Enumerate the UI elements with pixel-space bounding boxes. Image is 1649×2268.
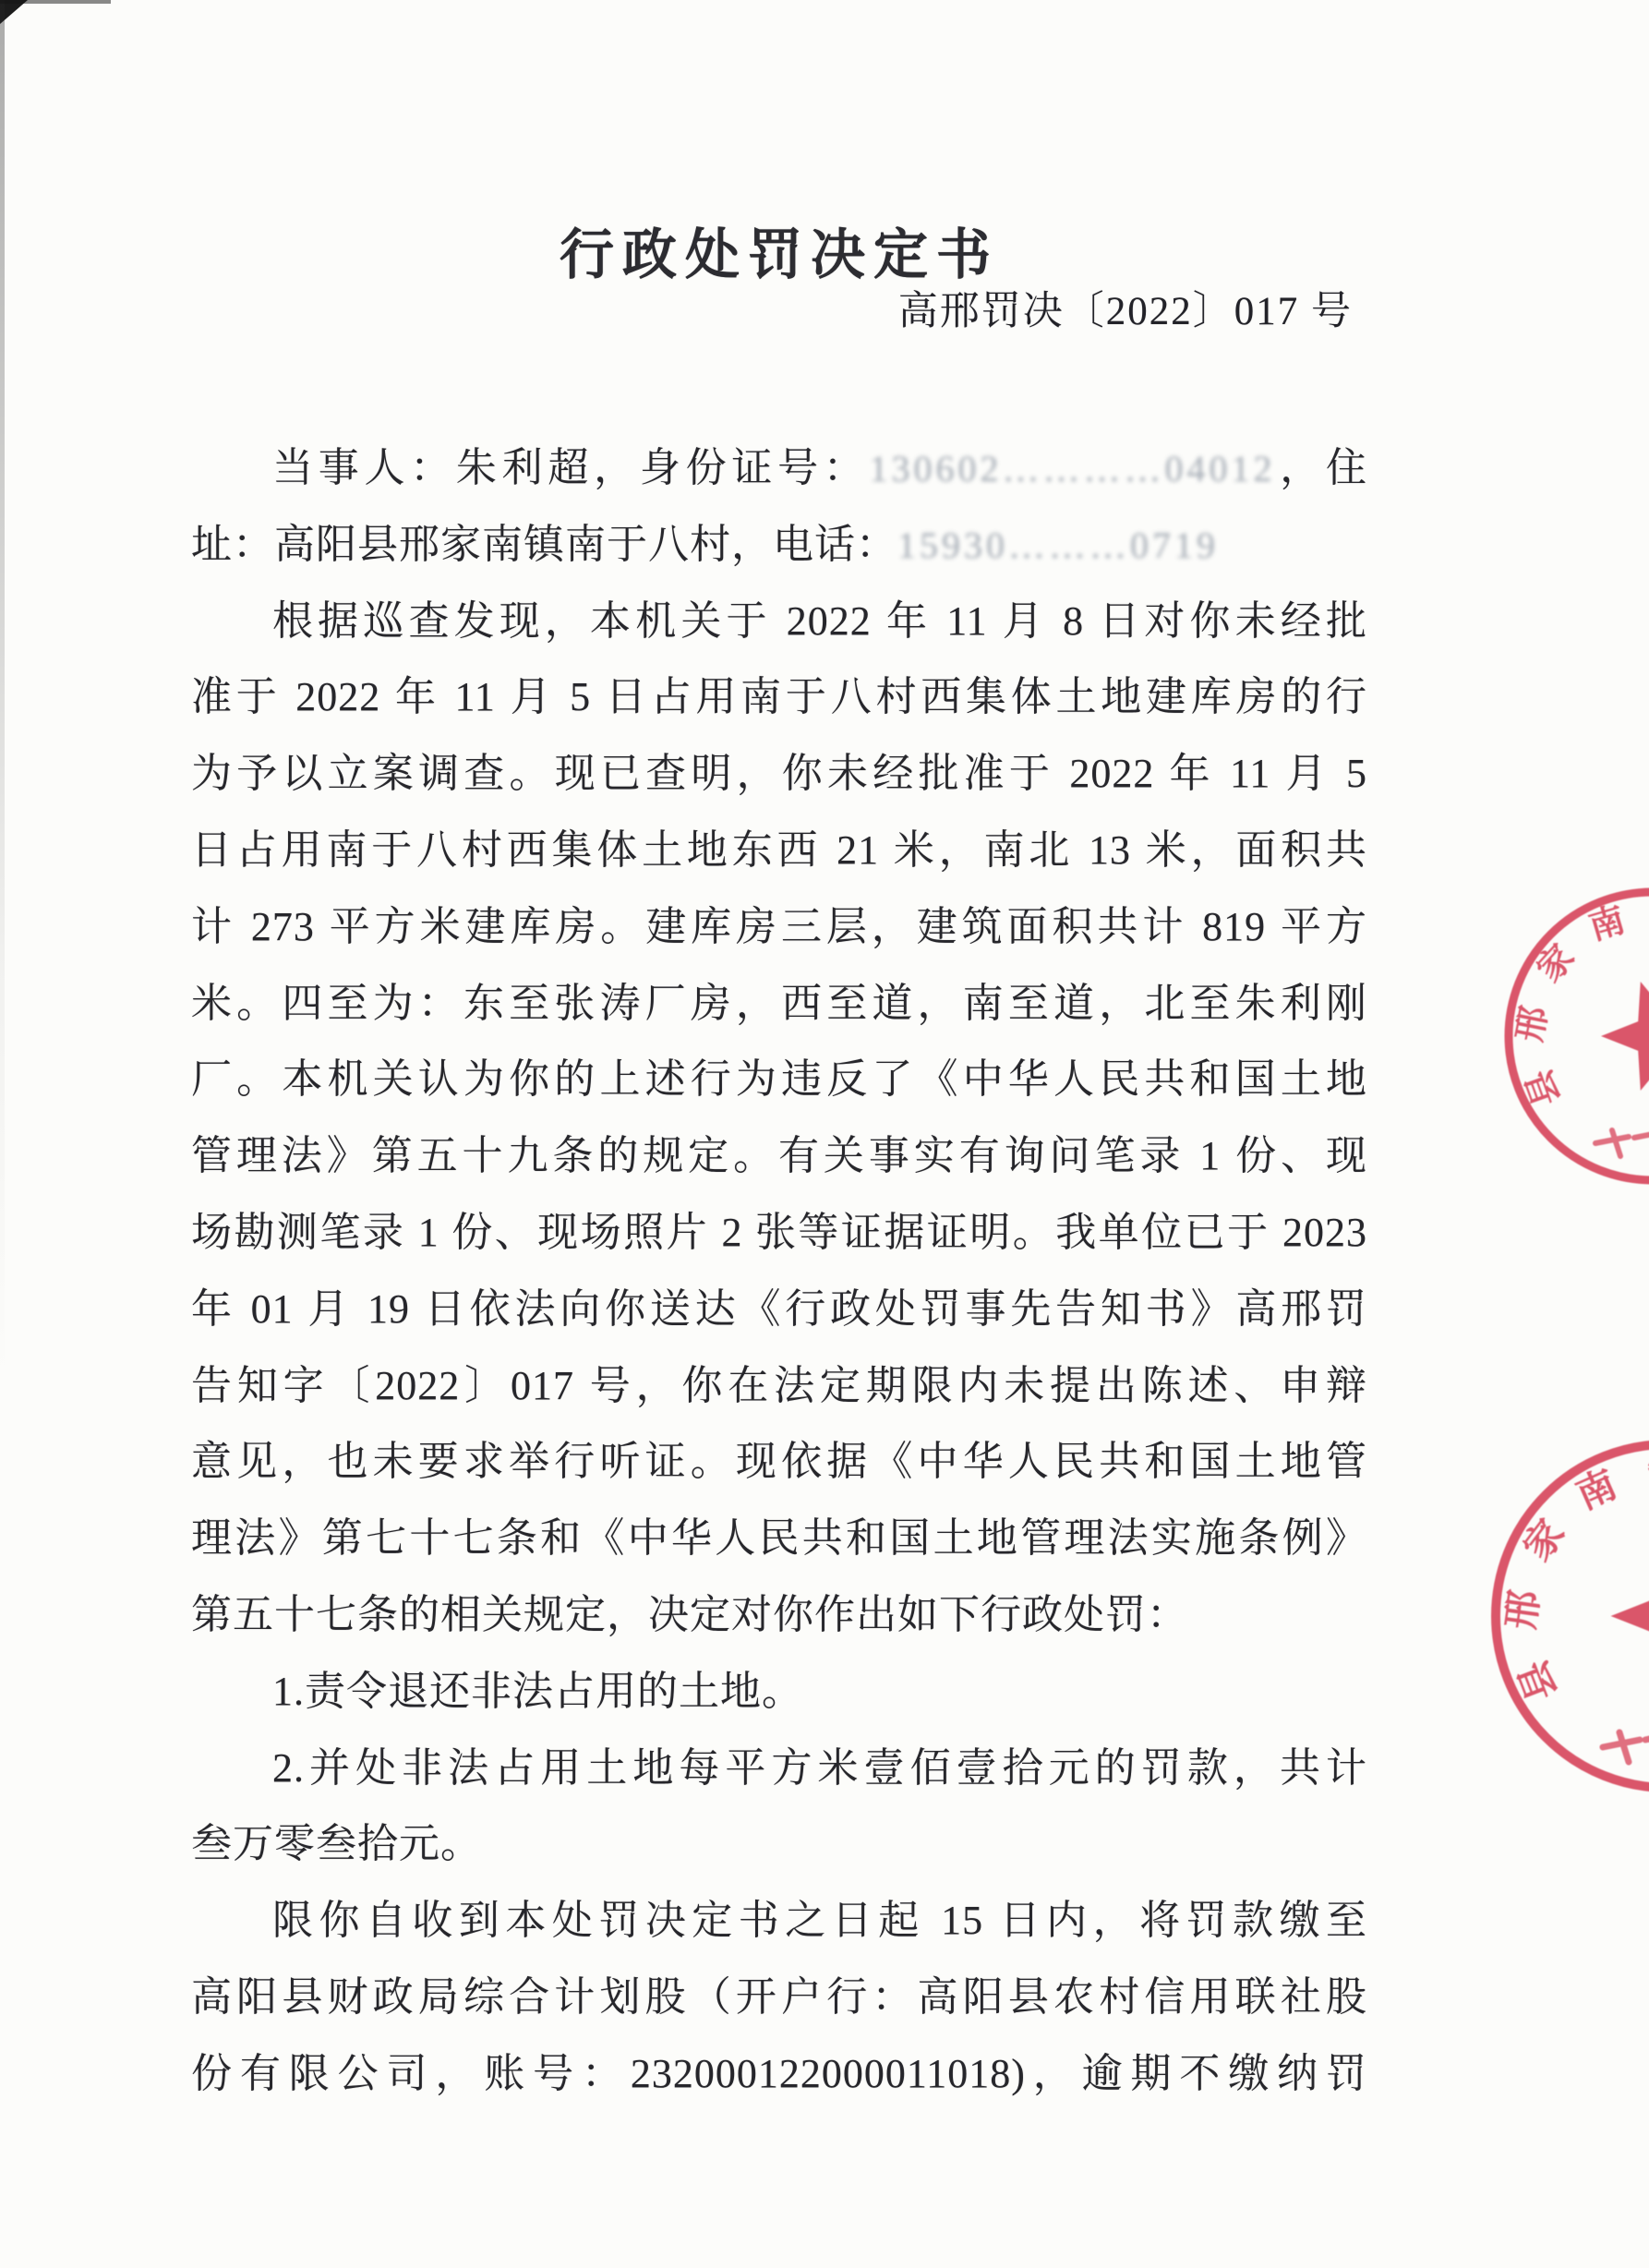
body-line: 准于 2022 年 11 月 5 日占用南于八村西集体土地建库房的行 bbox=[191, 659, 1367, 736]
party-line: 当事人：朱利超，身份证号：130602…………04012，住 bbox=[191, 430, 1367, 507]
seal-bottom-fragment bbox=[1603, 1732, 1649, 1762]
body-line: 限你自收到本处罚决定书之日起 15 日内，将罚款缴至 bbox=[191, 1883, 1367, 1960]
document-title: 行政处罚决定书 bbox=[191, 211, 1367, 289]
scan-top-artifact bbox=[0, 0, 111, 4]
body-line: 米。四至为：东至张涛厂房，西至道，南至道，北至朱利刚 bbox=[191, 966, 1367, 1043]
body-line: 告知字〔2022〕017 号，你在法定期限内未提出陈述、申辩 bbox=[191, 1348, 1367, 1425]
svg-text:县邢家南镇: 县邢家南镇 bbox=[1511, 894, 1649, 1111]
address-prefix: 址：高阳县邢家南镇南于八村，电话： bbox=[191, 522, 897, 567]
body-line: 场勘测笔录 1 份、现场照片 2 张等证据证明。我单位已于 2023 bbox=[191, 1195, 1367, 1272]
body-line: 日占用南于八村西集体土地东西 21 米，南北 13 米，面积共 bbox=[191, 813, 1367, 889]
body-line: 年 01 月 19 日依法向你送达《行政处罚事先告知书》高邢罚 bbox=[191, 1272, 1367, 1348]
body-line: 叁万零叁拾元。 bbox=[191, 1806, 1367, 1883]
official-seal-upper: 县邢家南镇 bbox=[1487, 870, 1649, 1202]
svg-text:县邢家南镇人: 县邢家南镇人 bbox=[1500, 1448, 1649, 1706]
penalty-item-2: 2.并处非法占用土地每平方米壹佰壹拾元的罚款，共计 bbox=[191, 1731, 1367, 1807]
official-seal-lower: 县邢家南镇人 bbox=[1474, 1422, 1649, 1810]
redacted-phone-number: 15930………0719 bbox=[897, 525, 1219, 566]
body-line: 高阳县财政局综合计划股（开户行：高阳县农村信用联社股 bbox=[191, 1960, 1367, 2036]
body-line: 根据巡查发现，本机关于 2022 年 11 月 8 日对你未经批 bbox=[191, 584, 1367, 660]
star-icon bbox=[1611, 1555, 1649, 1677]
body-line: 理法》第七十七条和《中华人民共和国土地管理法实施条例》 bbox=[191, 1501, 1367, 1577]
party-suffix: ，住 bbox=[1276, 445, 1367, 490]
party-prefix: 当事人：朱利超，身份证号： bbox=[272, 445, 870, 490]
document-number: 高邢罚决〔2022〕017 号 bbox=[191, 280, 1353, 336]
seal-arc-text: 县邢家南镇 bbox=[1511, 894, 1649, 1111]
scan-edge-shadow bbox=[0, 0, 5, 1385]
seal-arc-text: 县邢家南镇人 bbox=[1500, 1448, 1649, 1706]
body-line: 第五十七条的相关规定，决定对你作出如下行政处罚： bbox=[191, 1577, 1367, 1654]
body-line: 为予以立案调查。现已查明，你未经批准于 2022 年 11 月 5 bbox=[191, 736, 1367, 813]
scanned-document-page: 行政处罚决定书 高邢罚决〔2022〕017 号 当事人：朱利超，身份证号：130… bbox=[0, 0, 1649, 2268]
seal-bottom-fragment bbox=[1595, 1130, 1649, 1156]
body-line: 计 273 平方米建库房。建库房三层，建筑面积共计 819 平方 bbox=[191, 889, 1367, 966]
redacted-id-number: 130602…………04012 bbox=[870, 448, 1276, 489]
body-line: 意见，也未要求举行听证。现依据《中华人民共和国土地管 bbox=[191, 1424, 1367, 1501]
body-line: 管理法》第五十九条的规定。有关事实有询问笔录 1 份、现 bbox=[191, 1118, 1367, 1195]
document-body: 当事人：朱利超，身份证号：130602…………04012，住 址：高阳县邢家南镇… bbox=[191, 430, 1367, 2113]
body-line: 份有限公司，账号：232000122000011018)，逾期不缴纳罚 bbox=[191, 2036, 1367, 2113]
body-line: 厂。本机关认为你的上述行为违反了《中华人民共和国土地 bbox=[191, 1042, 1367, 1118]
address-line: 址：高阳县邢家南镇南于八村，电话：15930………0719 bbox=[191, 507, 1367, 584]
star-icon bbox=[1601, 982, 1649, 1091]
penalty-item-1: 1.责令退还非法占用的土地。 bbox=[191, 1654, 1367, 1731]
